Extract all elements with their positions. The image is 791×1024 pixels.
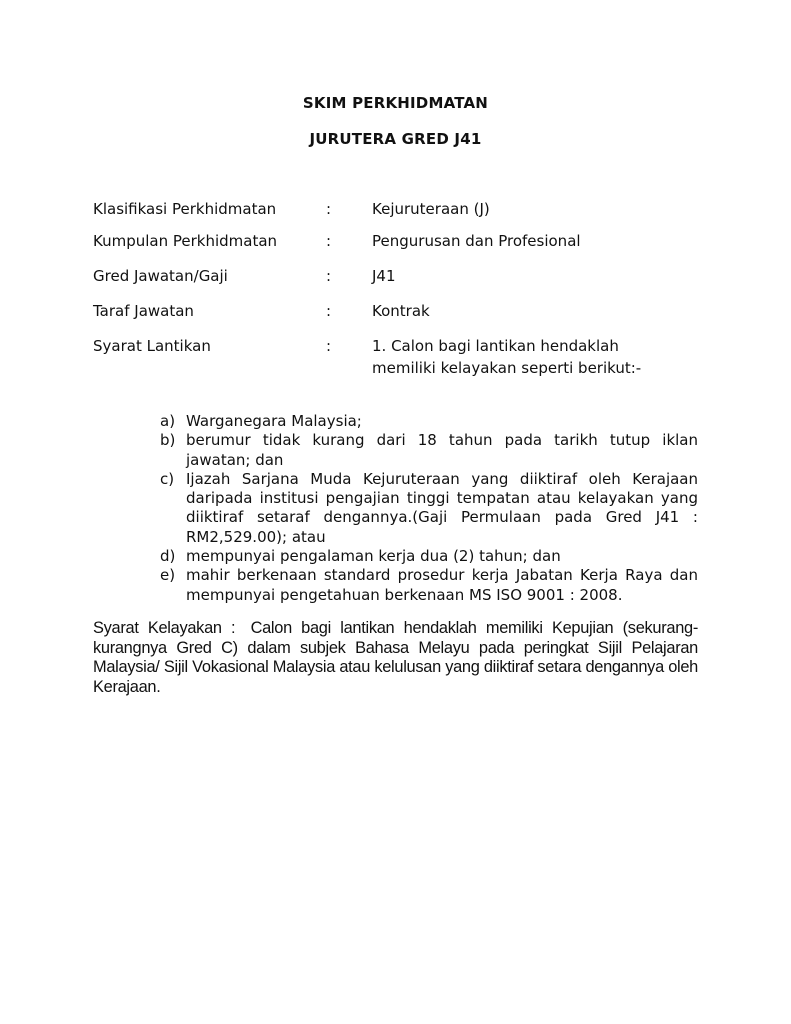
field-label: Syarat Lantikan bbox=[93, 335, 211, 357]
field-separator: : bbox=[326, 230, 331, 252]
list-marker: c) bbox=[160, 470, 174, 489]
field-value-line: 1. Calon bagi lantikan hendaklah bbox=[372, 335, 641, 357]
list-item-text: berumur tidak kurang dari 18 tahun pada … bbox=[186, 431, 698, 468]
field-label: Taraf Jawatan bbox=[93, 300, 194, 322]
field-label: Klasifikasi Perkhidmatan bbox=[93, 198, 276, 220]
qualification-paragraph: Syarat Kelayakan : Calon bagi lantikan h… bbox=[93, 619, 698, 697]
field-separator: : bbox=[326, 198, 331, 220]
field-value: Pengurusan dan Profesional bbox=[372, 230, 581, 252]
field-label: Kumpulan Perkhidmatan bbox=[93, 230, 277, 252]
list-marker: b) bbox=[160, 431, 175, 450]
list-item: a) Warganegara Malaysia; bbox=[160, 412, 698, 431]
field-value: Kejuruteraan (J) bbox=[372, 198, 490, 220]
list-item-text: Ijazah Sarjana Muda Kejuruteraan yang di… bbox=[186, 470, 698, 546]
list-marker: e) bbox=[160, 566, 175, 585]
field-kumpulan: Kumpulan Perkhidmatan : Pengurusan dan P… bbox=[93, 230, 713, 252]
list-item: d) mempunyai pengalaman kerja dua (2) ta… bbox=[160, 547, 698, 566]
field-taraf: Taraf Jawatan : Kontrak bbox=[93, 300, 713, 322]
qualification-label: Syarat Kelayakan : bbox=[93, 619, 235, 637]
field-value: Kontrak bbox=[372, 300, 430, 322]
field-separator: : bbox=[326, 335, 331, 357]
field-value: J41 bbox=[372, 265, 396, 287]
list-item-text: mempunyai pengalaman kerja dua (2) tahun… bbox=[186, 547, 561, 565]
list-marker: d) bbox=[160, 547, 175, 566]
list-marker: a) bbox=[160, 412, 175, 431]
document-title: SKIM PERKHIDMATAN bbox=[0, 94, 791, 112]
document-subtitle: JURUTERA GRED J41 bbox=[0, 130, 791, 148]
list-item-text: mahir berkenaan standard prosedur kerja … bbox=[186, 566, 698, 603]
field-label: Gred Jawatan/Gaji bbox=[93, 265, 228, 287]
field-separator: : bbox=[326, 265, 331, 287]
list-item-text: Warganegara Malaysia; bbox=[186, 412, 362, 430]
list-item: e) mahir berkenaan standard prosedur ker… bbox=[160, 566, 698, 605]
field-klasifikasi: Klasifikasi Perkhidmatan : Kejuruteraan … bbox=[93, 198, 713, 220]
list-item: c) Ijazah Sarjana Muda Kejuruteraan yang… bbox=[160, 470, 698, 547]
requirements-list: a) Warganegara Malaysia; b) berumur tida… bbox=[160, 412, 698, 605]
field-syarat-lantikan: Syarat Lantikan : 1. Calon bagi lantikan… bbox=[93, 335, 713, 357]
field-gred: Gred Jawatan/Gaji : J41 bbox=[93, 265, 713, 287]
field-separator: : bbox=[326, 300, 331, 322]
field-value: 1. Calon bagi lantikan hendaklah memilik… bbox=[372, 335, 641, 379]
field-value-line: memiliki kelayakan seperti berikut:- bbox=[372, 357, 641, 379]
list-item: b) berumur tidak kurang dari 18 tahun pa… bbox=[160, 431, 698, 470]
